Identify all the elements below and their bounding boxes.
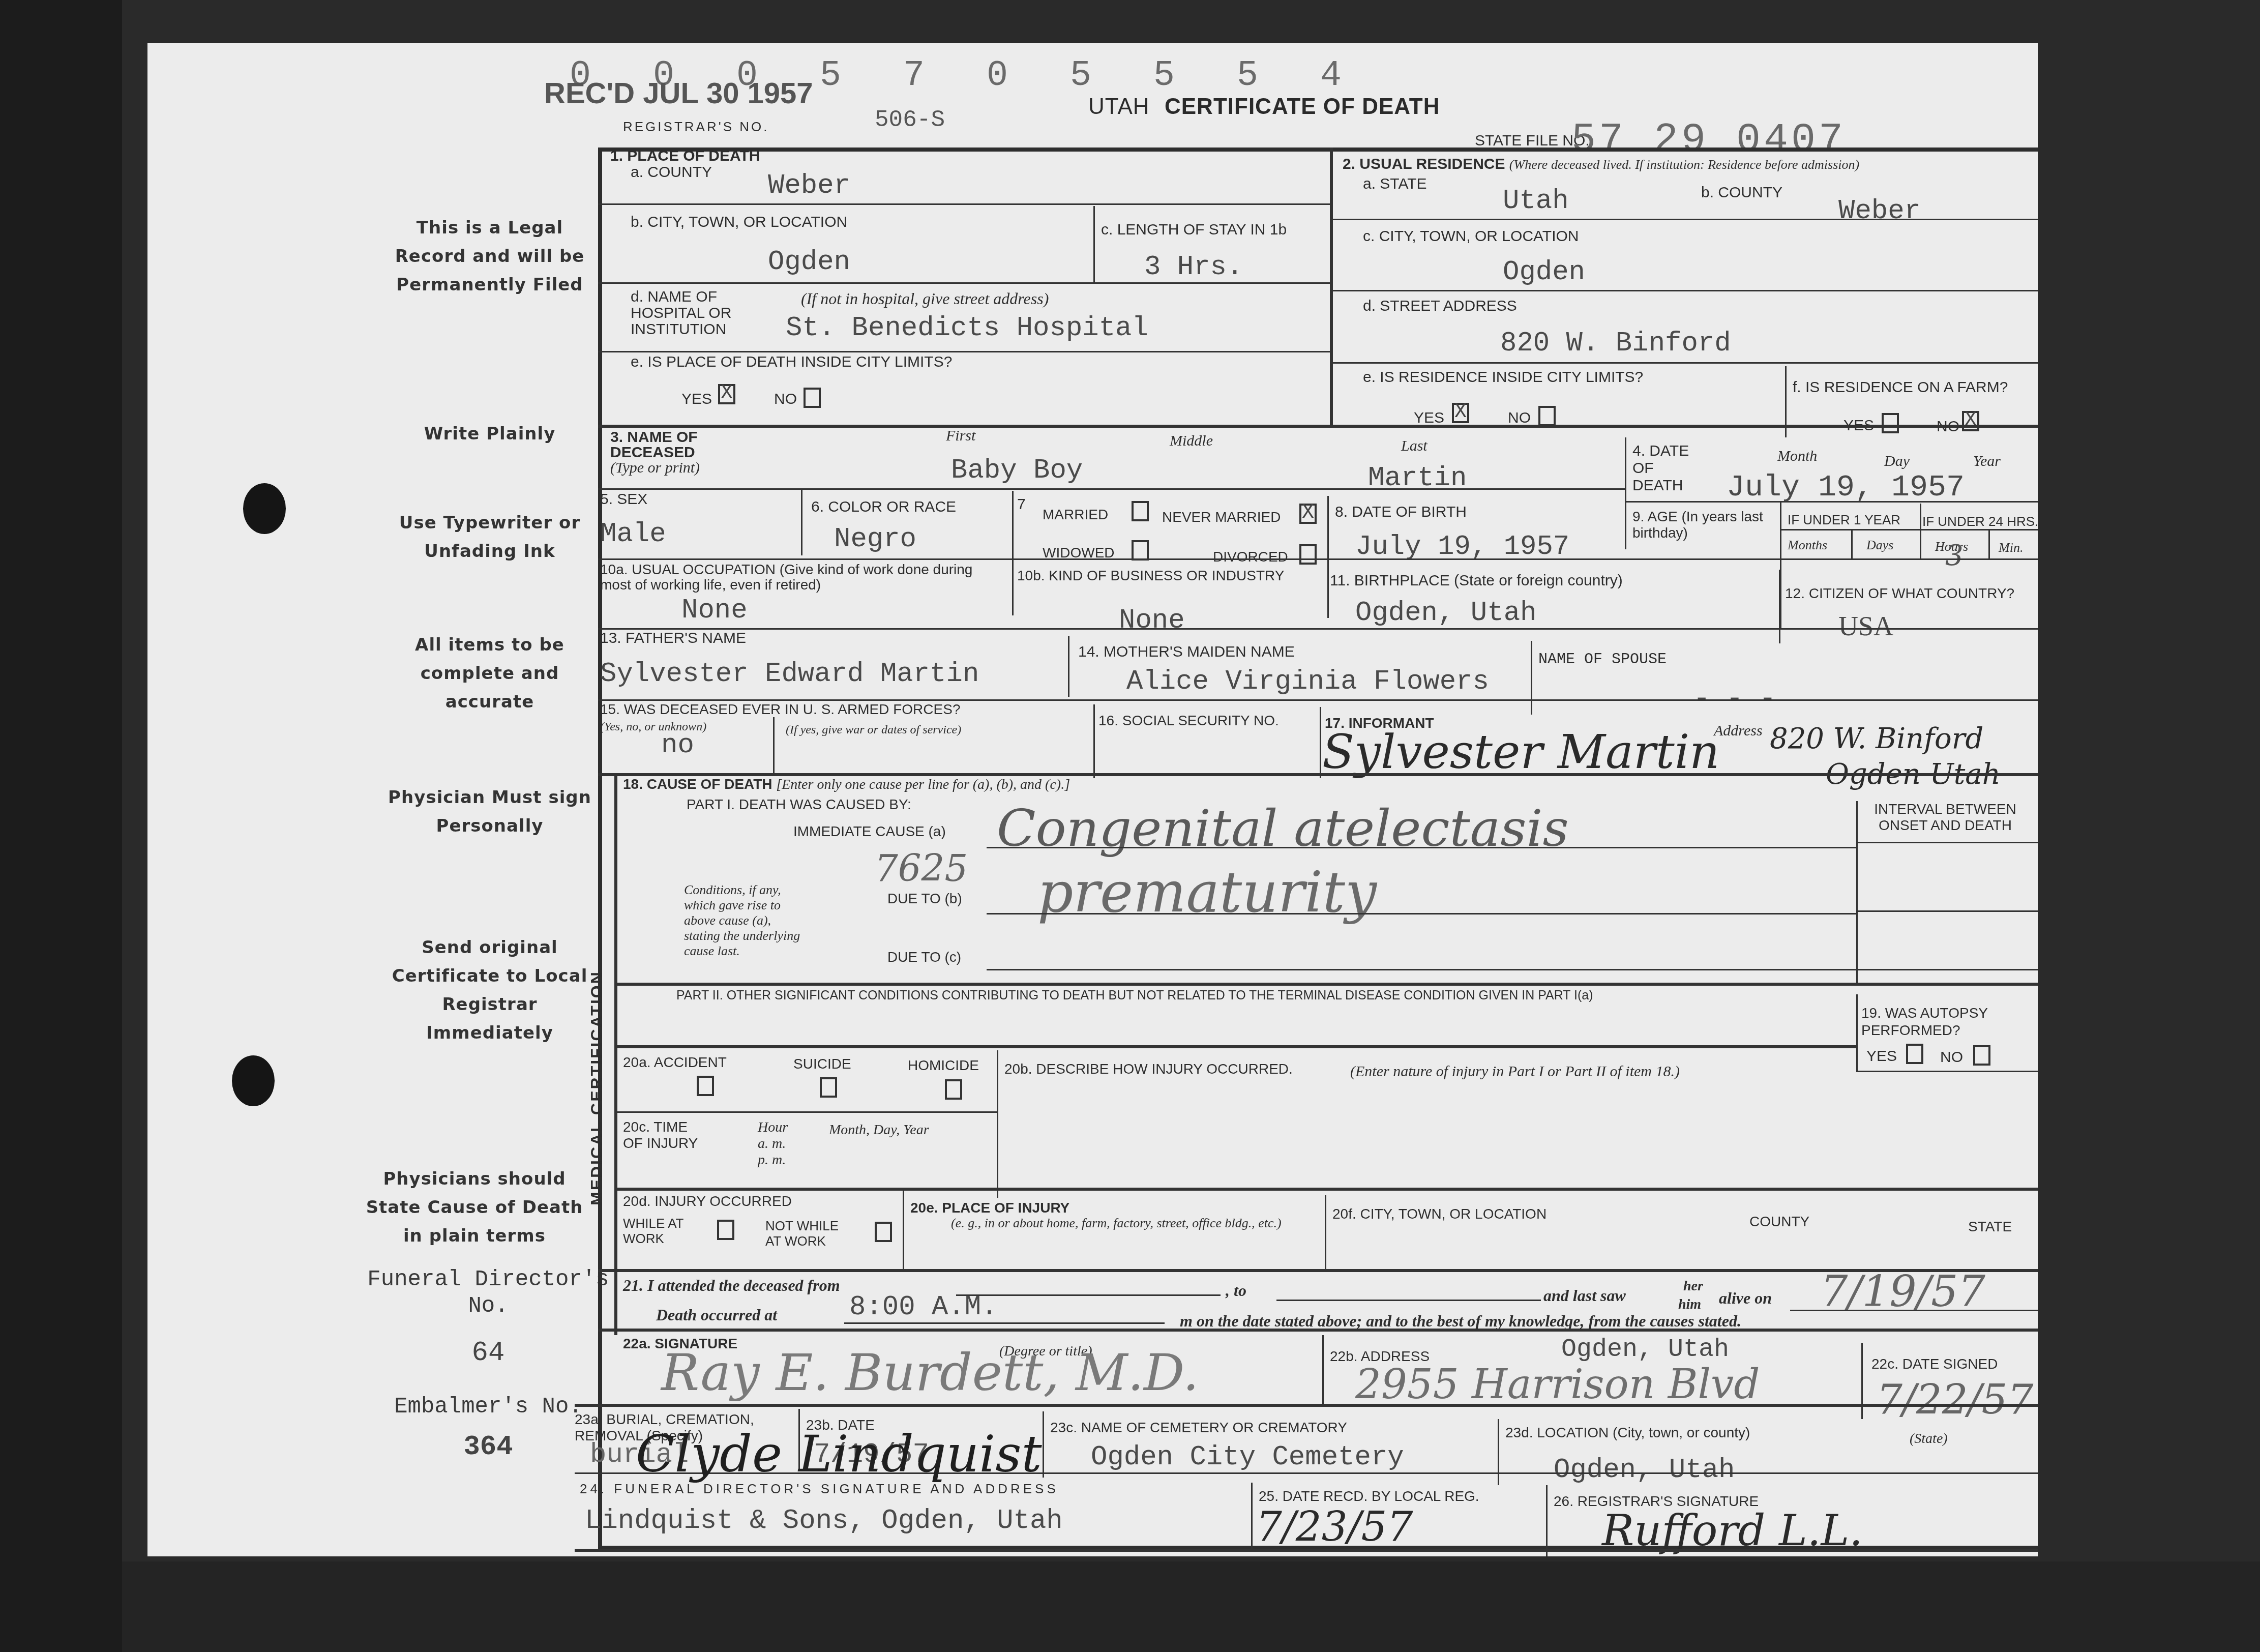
months-label: Months (1788, 537, 1827, 554)
place-of-death-heading: 1. PLACE OF DEATH (610, 147, 760, 165)
margin-note-typewriter: Use Typewriter or Unfading Ink (383, 509, 597, 566)
date-signed-label: 22c. DATE SIGNED (1871, 1355, 1998, 1373)
divider (773, 717, 775, 776)
rule (598, 282, 1330, 284)
interval-label: INTERVAL BETWEEN ONSET AND DEATH (1864, 801, 2027, 834)
rule (598, 628, 2038, 630)
while-at-work-label: WHILE AT WORK (623, 1216, 704, 1246)
informant-signature: Sylvester Martin (1322, 725, 1719, 779)
injury-county-label: COUNTY (1749, 1213, 1809, 1230)
divider (997, 1050, 998, 1198)
sex-label: 5. SEX (600, 491, 647, 508)
last-label: Last (1401, 437, 1428, 455)
death-occurred-label: Death occurred at (656, 1306, 777, 1323)
place-inside-limits-label: e. IS PLACE OF DEATH INSIDE CITY LIMITS? (631, 353, 952, 371)
place-inside-yes-checkbox[interactable]: X (718, 384, 735, 404)
not-while-at-work-checkbox[interactable] (875, 1222, 892, 1242)
date-of-death-value: July 19, 1957 (1727, 470, 1965, 505)
deceased-first-middle: Baby Boy (951, 455, 1083, 486)
burial-state-note: (State) (1910, 1430, 1948, 1448)
rule (1330, 219, 2038, 220)
place-city-value: Ogden (768, 247, 850, 278)
divider (1322, 1335, 1324, 1406)
divider (1327, 496, 1329, 618)
ssn-label: 16. SOCIAL SECURITY NO. (1098, 712, 1279, 729)
rule (598, 558, 2038, 560)
funeral-director-no: 64 (381, 1338, 595, 1369)
date-signed-value: 7/22/57 (1877, 1376, 2033, 1423)
divider-interval (1856, 801, 1858, 984)
scanner-edge-bottom (122, 1561, 2260, 1652)
farm-yes-checkbox[interactable] (1882, 413, 1899, 433)
homicide-checkbox[interactable] (945, 1079, 962, 1100)
while-at-work-checkbox[interactable] (717, 1220, 734, 1240)
rule (598, 488, 1625, 490)
divider (1988, 529, 1990, 559)
residence-county-value: Weber (1838, 196, 1921, 227)
pm-label: p. m. (758, 1152, 786, 1169)
accident-label: 20a. ACCIDENT (623, 1054, 727, 1071)
divider (1546, 1485, 1548, 1556)
margin-note-plain-terms: Physicians should State Cause of Death i… (358, 1165, 591, 1250)
not-while-at-work-label: NOT WHILE AT WORK (765, 1218, 847, 1249)
birthplace-label: 11. BIRTHPLACE (State or foreign country… (1330, 572, 1623, 589)
registrars-no: 506-S (875, 107, 945, 133)
rule (1780, 529, 2038, 530)
last-saw-label: and last saw (1543, 1287, 1626, 1304)
hour-label: Hour (758, 1119, 788, 1136)
divorced-label: DIVORCED (1213, 548, 1288, 566)
physician-address-street: 2955 Harrison Blvd (1355, 1361, 1760, 1408)
age-label: 9. AGE (In years last birthday) (1632, 509, 1765, 541)
funeral-director-no-label: Funeral Director's No. (356, 1266, 620, 1319)
received-stamp: REC'D JUL 30 1957 (544, 76, 813, 110)
place-inside-yes-label: YES (681, 391, 712, 408)
margin-note-complete: All items to be complete and accurate (383, 631, 597, 716)
first-label: First (946, 427, 975, 445)
divider (1531, 641, 1532, 715)
hospital-label: d. NAME OF HOSPITAL OR INSTITUTION (631, 289, 748, 338)
rule (1856, 842, 2038, 843)
punch-hole-bottom (232, 1055, 275, 1106)
section-rule (598, 425, 2038, 428)
residence-street-label: d. STREET ADDRESS (1363, 298, 1517, 315)
armed-forces-label: 15. WAS DECEASED EVER IN U. S. ARMED FOR… (600, 701, 960, 718)
suicide-label: SUICIDE (793, 1055, 851, 1073)
residence-heading: 2. USUAL RESIDENCE (Where deceased lived… (1343, 156, 1859, 173)
divider (1320, 707, 1321, 778)
divider (1012, 491, 1014, 615)
divider-autopsy (1856, 994, 1858, 1071)
medical-certification-label: MEDICAL CERTIFICATION (587, 970, 606, 1205)
rule (1625, 501, 2038, 503)
conditions-note: Conditions, if any, which gave rise to a… (684, 882, 806, 959)
residence-city-label: c. CITY, TOWN, OR LOCATION (1363, 228, 1579, 245)
birthplace-value: Ogden, Utah (1355, 598, 1536, 629)
autopsy-no-label: NO (1940, 1049, 1963, 1066)
month-label: Month (1777, 448, 1817, 465)
month-day-year-label: Month, Day, Year (829, 1122, 929, 1139)
divider (1861, 1343, 1863, 1419)
divider (1498, 1419, 1499, 1485)
section-rule (598, 1329, 2038, 1332)
residence-inside-no-checkbox[interactable] (1538, 406, 1556, 426)
dob-label: 8. DATE OF BIRTH (1335, 504, 1467, 521)
cause-code: 7625 (875, 847, 968, 890)
autopsy-yes-label: YES (1866, 1048, 1897, 1065)
part1-label: PART I. DEATH WAS CAUSED BY: (687, 796, 911, 813)
informant-address-label: Address (1714, 722, 1763, 740)
autopsy-yes-checkbox[interactable] (1906, 1044, 1923, 1064)
stay-value: 3 Hrs. (1144, 252, 1243, 283)
marital-label: 7 (1017, 496, 1026, 513)
father-label: 13. FATHER'S NAME (600, 630, 746, 647)
spouse-label: NAME OF SPOUSE (1538, 651, 1667, 668)
divider (1920, 504, 1921, 559)
farm-no-checkbox[interactable]: X (1962, 411, 1979, 431)
place-of-injury-label: 20e. PLACE OF INJURY (910, 1199, 1069, 1217)
divider (1251, 1483, 1253, 1551)
divider (903, 1190, 904, 1269)
death-time-line (844, 1322, 1165, 1324)
date-recd-value: 7/23/57 (1256, 1503, 1413, 1550)
place-inside-no-checkbox[interactable] (804, 388, 821, 408)
residence-inside-limits-label: e. IS RESIDENCE INSIDE CITY LIMITS? (1363, 369, 1643, 386)
punch-hole-top (243, 483, 286, 534)
place-county-label: a. COUNTY (631, 164, 712, 181)
occupation-label: 10a. USUAL OCCUPATION (Give kind of work… (600, 562, 1007, 593)
rule-cause-a (987, 847, 1856, 848)
place-county-value: Weber (768, 170, 850, 201)
rule (615, 1111, 997, 1113)
section-rule (615, 983, 2038, 986)
part2-label: PART II. OTHER SIGNIFICANT CONDITIONS CO… (676, 987, 1593, 1004)
residence-street-value: 820 W. Binford (1500, 328, 1731, 359)
date-recd-label: 25. DATE RECD. BY LOCAL REG. (1259, 1488, 1479, 1505)
rule-cause-c (987, 969, 2038, 970)
scanner-edge-left (0, 0, 122, 1652)
attended-to-line (1276, 1300, 1541, 1301)
page-title: CERTIFICATE OF DEATH (1165, 94, 1440, 120)
under-1-year-label: IF UNDER 1 YEAR (1788, 511, 1900, 528)
margin-note-send-original: Send original Certificate to Local Regis… (383, 933, 597, 1047)
funeral-director-signature: Clyde Lindquist (636, 1424, 1042, 1484)
armed-forces-note-2: (If yes, give war or dates of service) (786, 721, 961, 739)
rule (1856, 910, 2038, 912)
hospital-value: St. Benedicts Hospital (786, 313, 1148, 344)
divider (1093, 206, 1095, 282)
citizen-value: USA (1838, 610, 1893, 642)
alive-on-label: alive on (1719, 1289, 1772, 1307)
due-to-b-label: DUE TO (b) (887, 890, 962, 907)
never-married-checkbox[interactable]: X (1299, 504, 1317, 524)
business-label: 10b. KIND OF BUSINESS OR INDUSTRY (1017, 567, 1284, 584)
days-label: Days (1866, 537, 1893, 554)
immediate-cause-value: Congenital atelectasis (997, 799, 1569, 858)
accident-checkbox[interactable] (697, 1076, 714, 1096)
rule (598, 351, 1330, 352)
to-label: , to (1226, 1282, 1246, 1299)
describe-injury-label: 20b. DESCRIBE HOW INJURY OCCURRED. (1004, 1060, 1293, 1078)
margin-note-physician-sign: Physician Must sign Personally (383, 783, 597, 840)
physician-signature: Ray E. Burdett, M.D. (661, 1343, 1199, 1402)
injury-state-label: STATE (1968, 1218, 2012, 1235)
autopsy-no-checkbox[interactable] (1973, 1045, 1990, 1066)
race-label: 6. COLOR OR RACE (811, 498, 956, 516)
rule (1856, 1071, 2038, 1072)
divider (1325, 1195, 1326, 1272)
day-label: Day (1884, 453, 1910, 470)
mother-value: Alice Virginia Flowers (1126, 666, 1489, 697)
under-24-label: IF UNDER 24 HRS. (1922, 513, 2038, 530)
section-rule (615, 1045, 1856, 1048)
widowed-checkbox[interactable] (1132, 540, 1149, 560)
race-value: Negro (834, 524, 916, 555)
divider (1625, 437, 1626, 549)
divider (801, 489, 802, 555)
her-label: her (1683, 1278, 1703, 1295)
injury-occurred-label: 20d. INJURY OCCURRED (623, 1193, 792, 1210)
divider-place-residence (1330, 147, 1333, 425)
rule (598, 203, 1330, 205)
burial-location-label: 23d. LOCATION (City, town, or county) (1505, 1424, 1750, 1441)
armed-forces-value: no (661, 730, 694, 761)
alive-on-value: 7/19/57 (1821, 1266, 1985, 1316)
injury-city-label: 20f. CITY, TOWN, OR LOCATION (1332, 1205, 1547, 1223)
describe-injury-note: (Enter nature of injury in Part I or Par… (1350, 1063, 1680, 1080)
immediate-cause-label: IMMEDIATE CAUSE (a) (793, 823, 946, 840)
autopsy-label: 19. WAS AUTOPSY PERFORMED? (1861, 1005, 2034, 1039)
farm-label: f. IS RESIDENCE ON A FARM? (1793, 379, 2008, 396)
cemetery-value: Ogden City Cemetery (1091, 1442, 1404, 1473)
married-checkbox[interactable] (1132, 501, 1149, 521)
hospital-note: (If not in hospital, give street address… (801, 290, 1049, 307)
sex-value: Male (600, 519, 666, 550)
middle-label: Middle (1170, 432, 1213, 450)
time-of-injury-label: 20c. TIME OF INJURY (623, 1119, 704, 1152)
death-time-value: 8:00 A.M. (849, 1292, 998, 1323)
business-value: None (1119, 605, 1185, 636)
section-rule (615, 1188, 2038, 1191)
registrar-signature: Rufford L.L. (1602, 1506, 1863, 1555)
him-label: him (1678, 1296, 1701, 1313)
due-to-b-value: prematurity (1037, 860, 1377, 925)
married-label: MARRIED (1043, 506, 1108, 523)
divorced-checkbox[interactable] (1299, 544, 1317, 565)
father-value: Sylvester Edward Martin (600, 659, 979, 690)
alive-on-line (1790, 1310, 2038, 1311)
residence-inside-yes-checkbox[interactable]: X (1452, 403, 1469, 423)
registrars-no-label: REGISTRAR'S NO. (623, 118, 769, 135)
rule-cause-b (987, 913, 1856, 914)
deceased-name-label: 3. NAME OF DECEASED(Type or print) (610, 430, 712, 476)
place-of-injury-note: (e. g., in or about home, farm, factory,… (951, 1216, 1307, 1231)
suicide-checkbox[interactable] (820, 1077, 837, 1098)
residence-state-label: a. STATE (1363, 175, 1427, 193)
funeral-director-value: Lindquist & Sons, Ogden, Utah (585, 1506, 1063, 1537)
residence-inside-no-label: NO (1508, 409, 1531, 427)
never-married-label: NEVER MARRIED (1162, 509, 1281, 526)
rule (1330, 362, 2038, 364)
place-inside-no-label: NO (774, 391, 797, 408)
margin-note-write-plainly: Write Plainly (383, 420, 597, 448)
am-label: a. m. (758, 1135, 786, 1153)
section-rule (575, 1404, 2038, 1407)
cause-heading: 18. CAUSE OF DEATH [Enter only one cause… (623, 776, 1070, 793)
divider (1851, 529, 1853, 559)
physician-address-city: Ogden, Utah (1561, 1335, 1729, 1364)
frame-bottom-rule (575, 1549, 2038, 1552)
divider (1093, 704, 1095, 778)
attended-label: 21. I attended the deceased from (623, 1277, 840, 1294)
divider (1043, 1411, 1044, 1478)
citizen-label: 12. CITIZEN OF WHAT COUNTRY? (1785, 585, 2014, 602)
divider (1779, 570, 1780, 643)
divider (1068, 636, 1069, 697)
residence-city-value: Ogden (1503, 257, 1585, 288)
place-city-label: b. CITY, TOWN, OR LOCATION (631, 214, 847, 231)
hours-value: 3 (1945, 539, 1964, 572)
due-to-c-label: DUE TO (c) (887, 949, 961, 966)
occupation-value: None (681, 595, 748, 626)
residence-county-label: b. COUNTY (1701, 184, 1782, 201)
embalmer-no: 364 (381, 1432, 595, 1463)
certify-text: m on the date stated above; and to the b… (1180, 1312, 1741, 1330)
stay-label: c. LENGTH OF STAY IN 1b (1101, 221, 1287, 239)
medical-section-border (614, 773, 617, 1335)
dob-value: July 19, 1957 (1355, 532, 1569, 563)
burial-location-value: Ogden, Utah (1554, 1455, 1735, 1486)
cemetery-label: 23c. NAME OF CEMETERY OR CREMATORY (1050, 1419, 1347, 1436)
margin-note-legal-record: This is a Legal Record and will be Perma… (383, 214, 597, 299)
mother-label: 14. MOTHER'S MAIDEN NAME (1078, 643, 1295, 661)
residence-state-value: Utah (1503, 186, 1569, 217)
date-of-death-label: 4. DATE OF DEATH (1632, 442, 1693, 494)
title-prefix: UTAH (1088, 94, 1150, 120)
residence-inside-yes-label: YES (1414, 409, 1444, 427)
year-label: Year (1973, 453, 2001, 470)
homicide-label: HOMICIDE (908, 1057, 979, 1074)
informant-address-1: 820 W. Binford (1770, 722, 1983, 755)
rule (1330, 290, 2038, 291)
min-label: Min. (1999, 539, 2023, 556)
